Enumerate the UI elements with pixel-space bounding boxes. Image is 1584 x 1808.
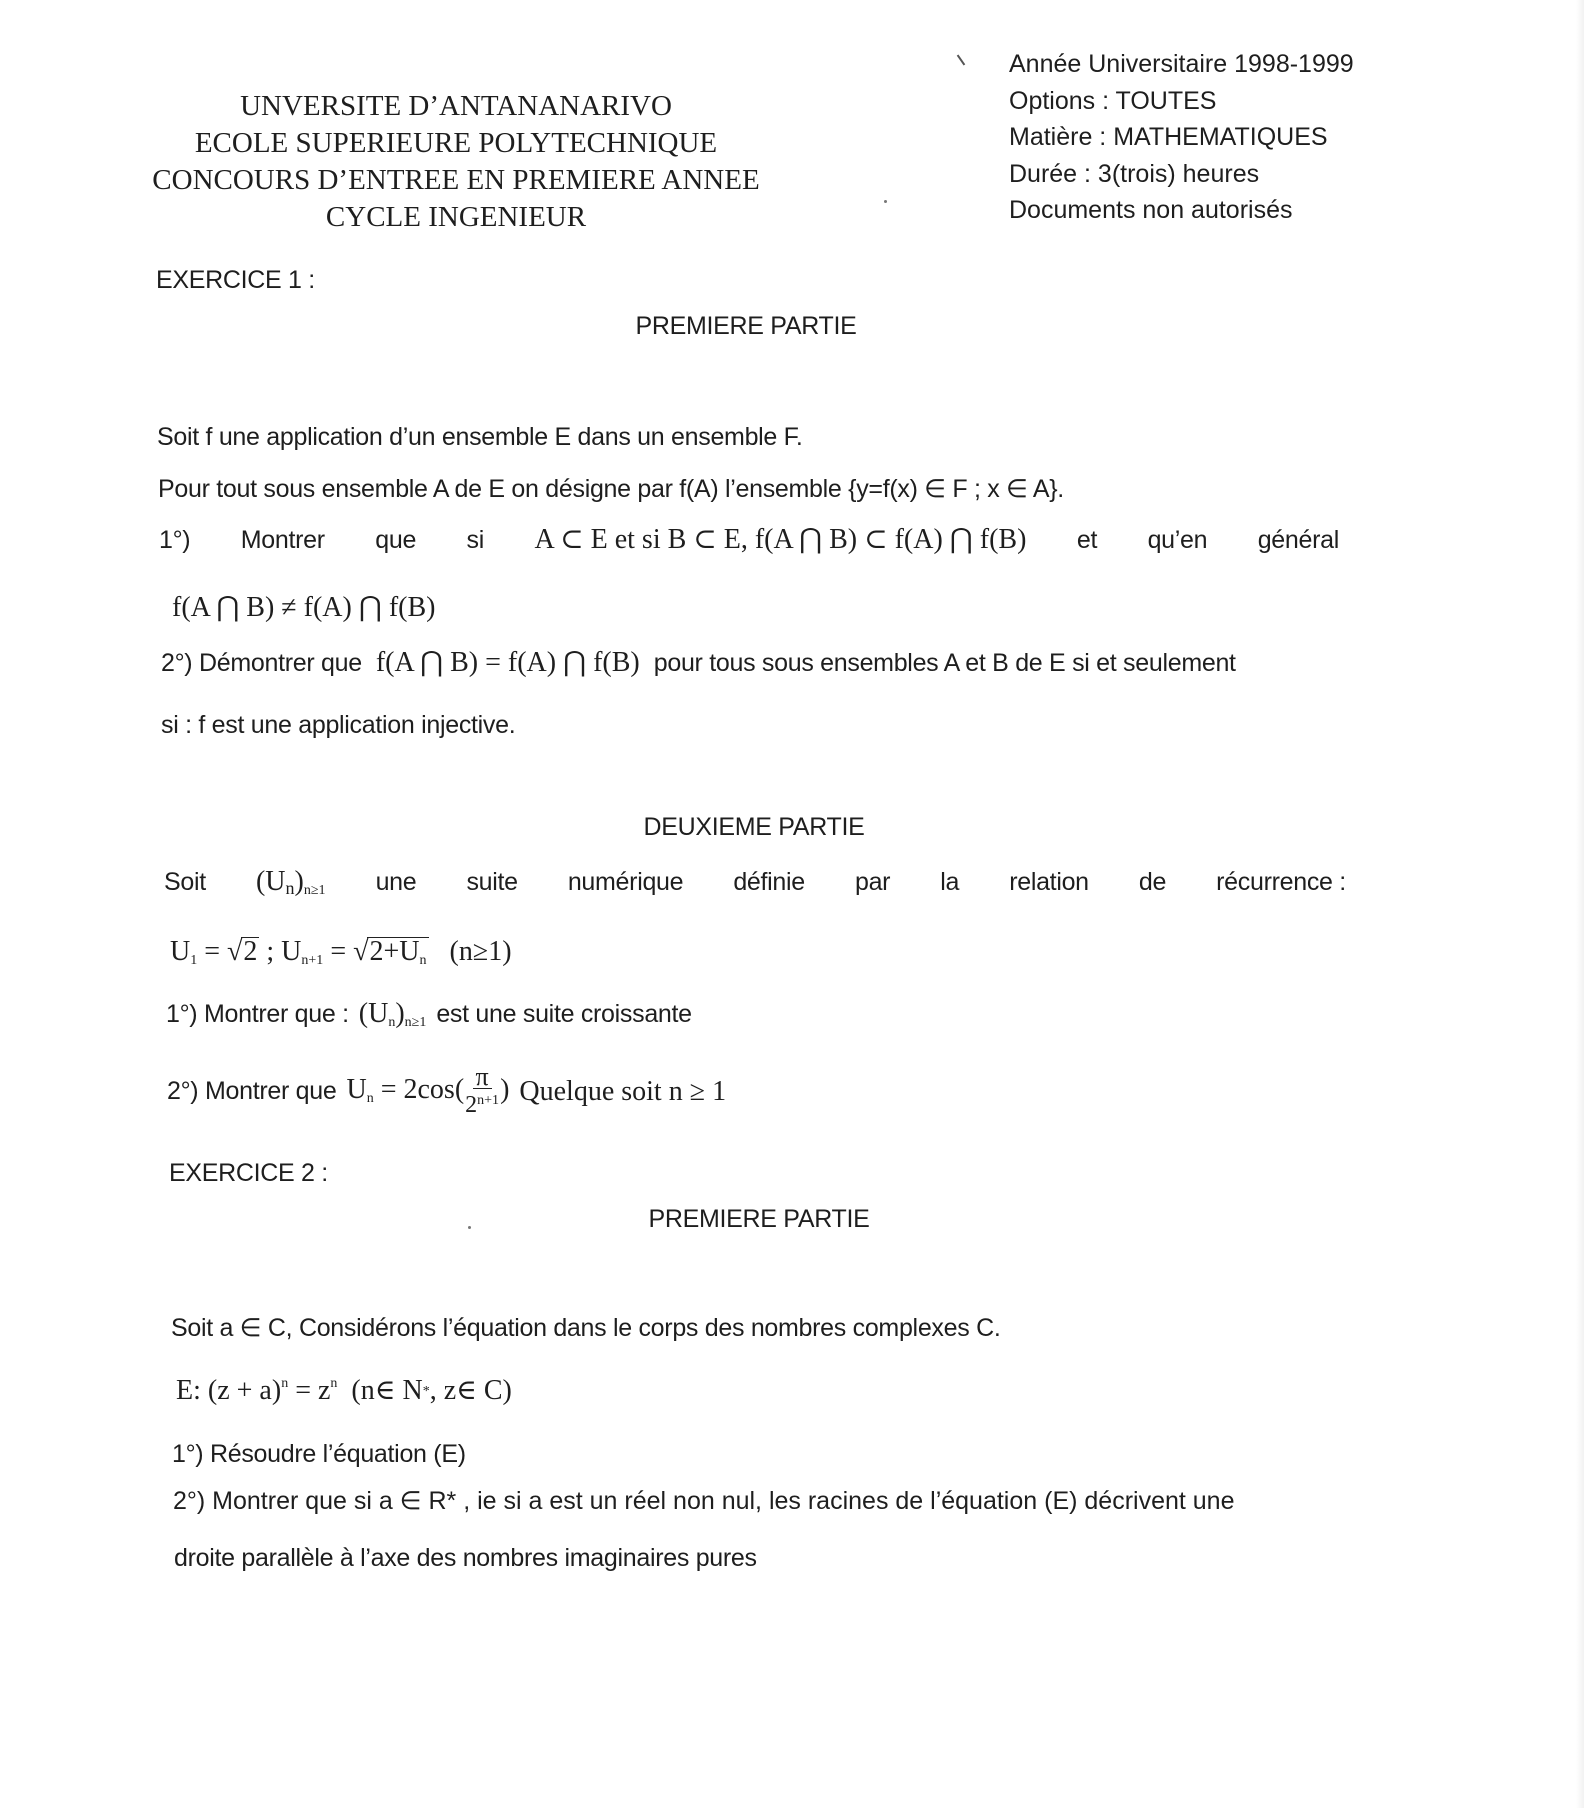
- subject: Matière : MATHEMATIQUES: [1009, 119, 1354, 156]
- university-name: UNVERSITE D’ANTANANARIVO: [86, 88, 826, 125]
- institution-header: UNVERSITE D’ANTANANARIVO ECOLE SUPERIEUR…: [86, 88, 826, 236]
- exercise-1-title: EXERCICE 1 :: [156, 266, 315, 295]
- ex1-p1-intro-2: Pour tout sous ensemble A de E on désign…: [158, 474, 1064, 504]
- cycle-name: CYCLE INGENIEUR: [86, 199, 826, 236]
- sequence-notation: (Un)n≥1: [256, 866, 326, 899]
- ex1-p2-intro-line: Soit (Un)n≥1 une suite numérique définie…: [164, 866, 1346, 899]
- ex1-p1-q1-line: 1°) Montrer que si A ⊂ E et si B ⊂ E, f(…: [159, 522, 1339, 556]
- scan-edge: [1576, 0, 1584, 1808]
- image-intersection-equality: f(A ⋂ B) = f(A) ⋂ f(B): [376, 645, 640, 679]
- exercise-2-title: EXERCICE 2 :: [169, 1159, 328, 1188]
- exercise-1-part-2-title: DEUXIEME PARTIE: [554, 813, 954, 842]
- scan-mark: [957, 55, 966, 66]
- ex1-p1-intro-1: Soit f une application d’un ensemble E d…: [157, 423, 803, 452]
- recurrence-formula: U1 = √2 ; Un+1 = √2+Un (n≥1): [170, 936, 512, 975]
- ex2-p1-intro: Soit a ∈ C, Considérons l’équation dans …: [171, 1313, 1000, 1343]
- exam-info: Année Universitaire 1998-1999 Options : …: [1009, 46, 1354, 229]
- pi-over-power-fraction: π2n+1: [465, 1066, 499, 1117]
- ex2-p1-q2-line-2: droite parallèle à l’axe des nombres ima…: [174, 1544, 757, 1573]
- duration: Durée : 3(trois) heures: [1009, 156, 1354, 193]
- exercise-2-part-1-title: PREMIERE PARTIE: [559, 1205, 959, 1234]
- ex2-p1-q2-line-1: 2°) Montrer que si a ∈ R* , ie si a est …: [173, 1486, 1235, 1516]
- scan-speck: [884, 200, 887, 203]
- sequence-notation: (Un)n≥1: [359, 998, 427, 1031]
- complex-equation: E: (z + a)n = zn (n∈ N*, z∈ C): [176, 1373, 512, 1407]
- set-inclusion-formula: A ⊂ E et si B ⊂ E, f(A ⋂ B) ⊂ f(A) ⋂ f(B…: [534, 522, 1026, 556]
- options: Options : TOUTES: [1009, 83, 1354, 120]
- documents-policy: Documents non autorisés: [1009, 192, 1354, 229]
- ex1-p1-q2-line-2: si : f est une application injective.: [161, 711, 515, 740]
- ex1-p1-q2-line: 2°) Démontrer que f(A ⋂ B) = f(A) ⋂ f(B)…: [161, 645, 1236, 679]
- exam-name: CONCOURS D’ENTREE EN PREMIERE ANNEE: [86, 162, 826, 199]
- academic-year: Année Universitaire 1998-1999: [1009, 46, 1354, 83]
- ex1-p2-q2-line: 2°) Montrer que Un = 2cos(π2n+1) Quelque…: [167, 1066, 726, 1117]
- cosine-formula: Un = 2cos(π2n+1): [346, 1066, 509, 1117]
- scan-speck: [468, 1226, 471, 1229]
- ex1-p2-q1-line: 1°) Montrer que : (Un)n≥1 est une suite …: [166, 998, 692, 1031]
- ex2-p1-q1: 1°) Résoudre l’équation (E): [172, 1440, 466, 1469]
- exercise-1-part-1-title: PREMIERE PARTIE: [546, 312, 946, 341]
- school-name: ECOLE SUPERIEURE POLYTECHNIQUE: [86, 125, 826, 162]
- image-intersection-inequality: f(A ⋂ B) ≠ f(A) ⋂ f(B): [172, 590, 435, 624]
